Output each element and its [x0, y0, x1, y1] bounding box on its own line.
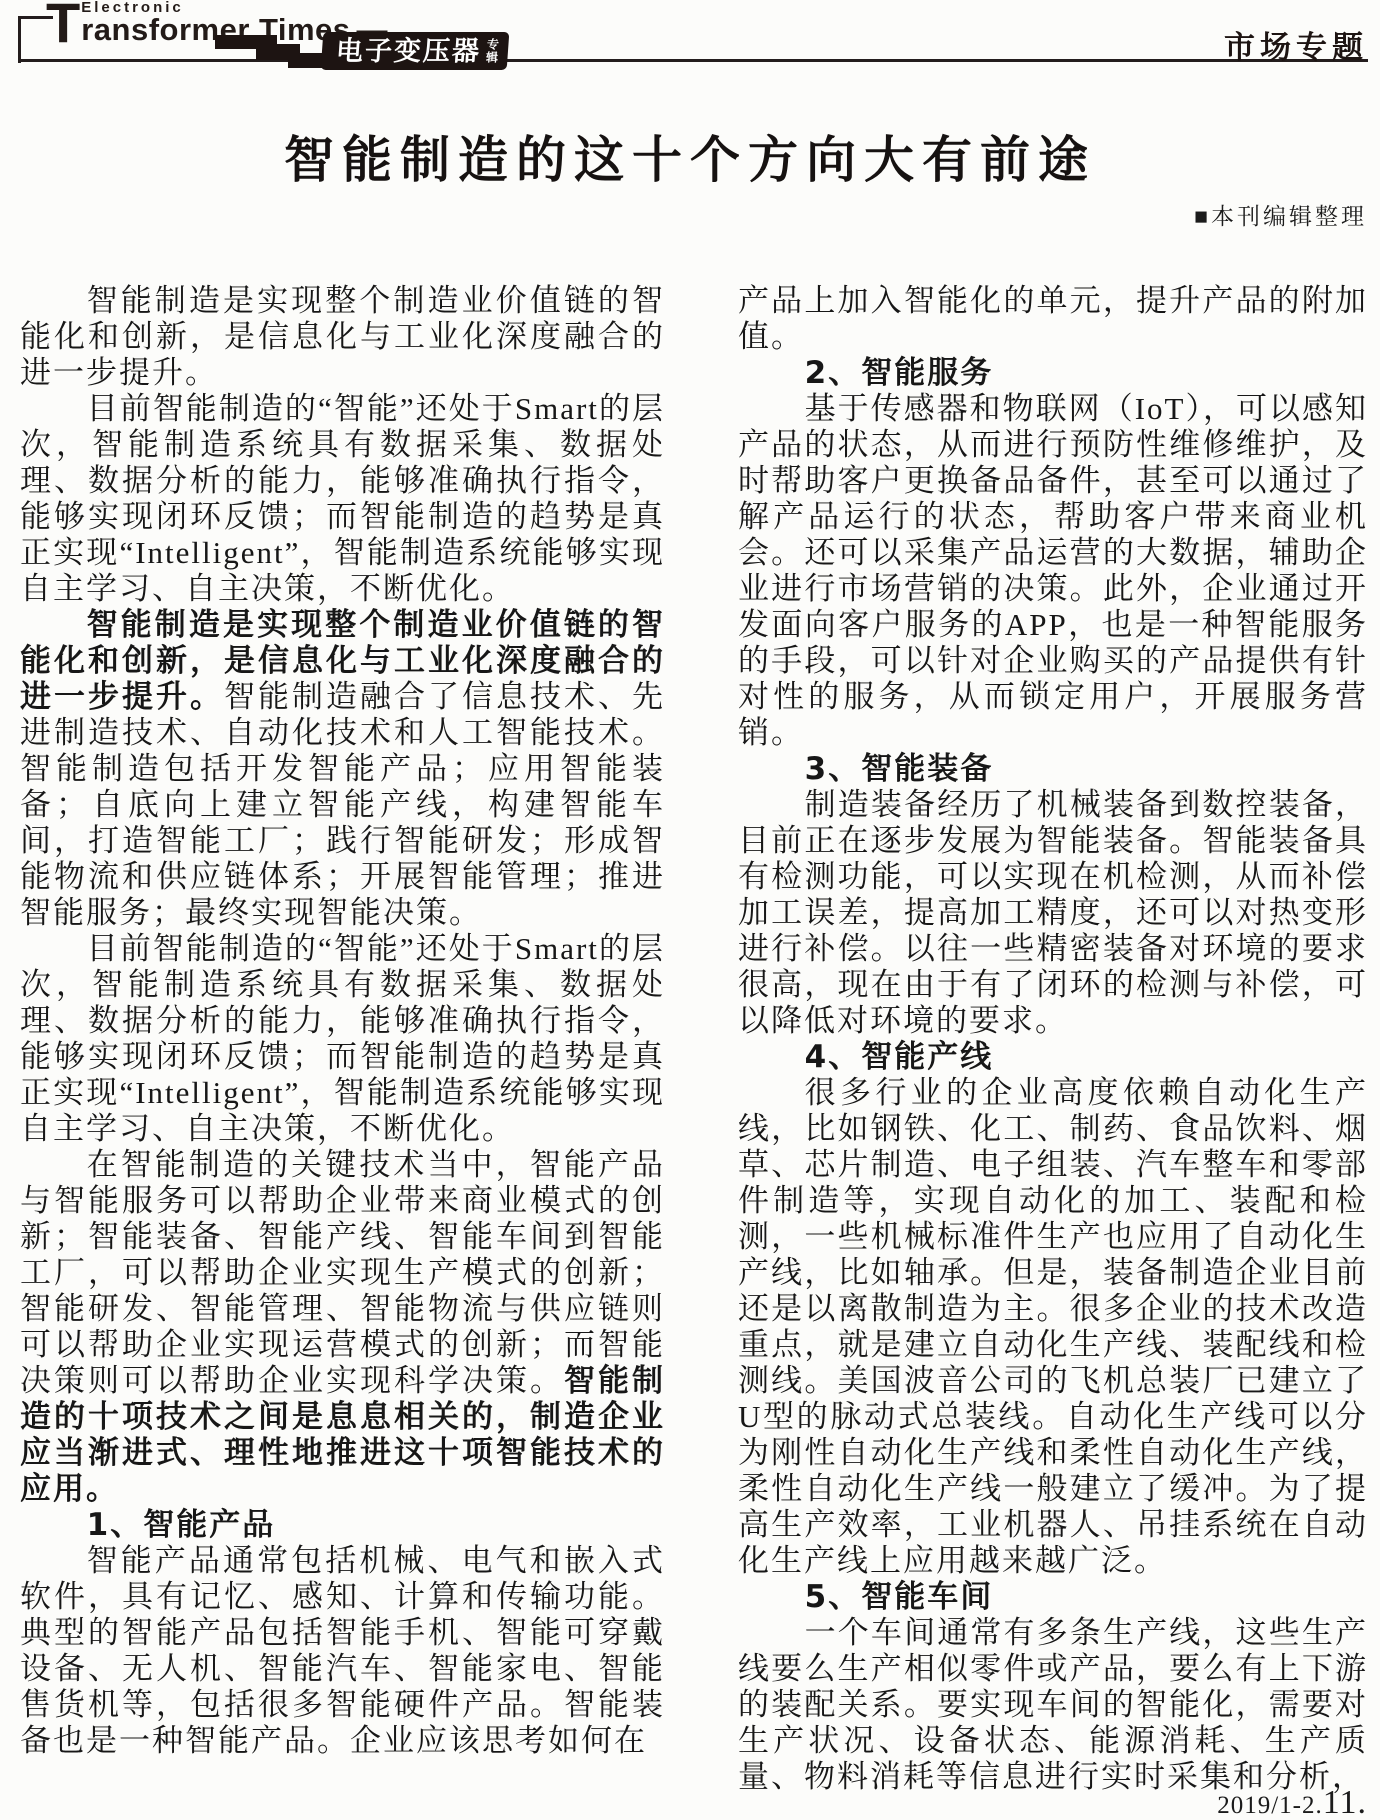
text-run: 在智能制造的关键技术当中，智能产品与智能服务可以帮助企业带来商业模式的创新；智能… — [20, 1147, 665, 1398]
text-run: 3、智能装备 — [805, 751, 994, 787]
text-run: 目前智能制造的“智能”还处于Smart的层次，智能制造系统具有数据采集、数据处理… — [20, 391, 665, 606]
logo-initial: T — [46, 0, 80, 46]
body-paragraph: 目前智能制造的“智能”还处于Smart的层次，智能制造系统具有数据采集、数据处理… — [20, 931, 665, 1147]
header-rule — [18, 59, 1368, 62]
body-paragraph: 智能制造是实现整个制造业价值链的智能化和创新，是信息化与工业化深度融合的进一步提… — [20, 607, 665, 931]
article-byline: ■本刊编辑整理 — [1194, 198, 1367, 231]
series-badge-sub: 专辑 — [485, 38, 499, 64]
body-paragraph: 制造装备经历了机械装备到数控装备，目前正在逐步发展为智能装备。智能装备具有检测功… — [738, 787, 1368, 1039]
article-body: 智能制造是实现整个制造业价值链的智能化和创新，是信息化与工业化深度融合的进一步提… — [20, 283, 1368, 1795]
body-paragraph: 一个车间通常有多条生产线，这些生产线要么生产相似零件或产品，要么有上下游的装配关… — [738, 1615, 1368, 1795]
section-label: 市场专题 — [1224, 22, 1368, 67]
footer-issue: 2019/1-2. — [1217, 1792, 1323, 1820]
text-run: 1、智能产品 — [87, 1507, 276, 1543]
body-paragraph: 产品上加入智能化的单元，提升产品的附加值。 — [738, 283, 1368, 355]
text-run: 产品上加入智能化的单元，提升产品的附加值。 — [738, 283, 1368, 354]
text-run: 5、智能车间 — [805, 1579, 994, 1615]
section-heading: 1、智能产品 — [20, 1507, 665, 1543]
text-run: 智能制造融合了信息技术、先进制造技术、自动化技术和人工智能技术。智能制造包括开发… — [20, 679, 665, 930]
body-paragraph: 智能产品通常包括机械、电气和嵌入式软件，具有记忆、感知、计算和传输功能。典型的智… — [20, 1543, 665, 1759]
section-heading: 3、智能装备 — [738, 751, 1368, 787]
section-heading: 4、智能产线 — [738, 1039, 1368, 1075]
text-run: 2、智能服务 — [805, 355, 994, 391]
text-run: 目前智能制造的“智能”还处于Smart的层次，智能制造系统具有数据采集、数据处理… — [20, 931, 665, 1146]
text-run: 一个车间通常有多条生产线，这些生产线要么生产相似零件或产品，要么有上下游的装配关… — [738, 1615, 1368, 1794]
section-heading: 5、智能车间 — [738, 1579, 1368, 1615]
series-badge: 电子变压器 专辑 — [321, 32, 510, 70]
series-badge-label: 电子变压器 — [335, 38, 482, 65]
text-run: 智能制造是实现整个制造业价值链的智能化和创新，是信息化与工业化深度融合的进一步提… — [20, 283, 665, 390]
magazine-page: T Electronic ransformer Times — 电子变压器 专辑… — [0, 0, 1380, 1820]
page-footer: 2019/1-2. 11. — [1217, 1784, 1367, 1820]
body-paragraph: 很多行业的企业高度依赖自动化生产线，比如钢铁、化工、制药、食品饮料、烟草、芯片制… — [738, 1075, 1368, 1579]
body-paragraph: 基于传感器和物联网（IoT），可以感知产品的状态，从而进行预防性维修维护，及时帮… — [738, 391, 1368, 751]
column-right: 产品上加入智能化的单元，提升产品的附加值。2、智能服务基于传感器和物联网（IoT… — [738, 283, 1368, 1795]
article-title: 智能制造的这十个方向大有前途 — [0, 120, 1380, 192]
body-paragraph: 目前智能制造的“智能”还处于Smart的层次，智能制造系统具有数据采集、数据处理… — [20, 391, 665, 607]
footer-page-number: 11. — [1323, 1784, 1367, 1820]
text-run: 4、智能产线 — [805, 1039, 994, 1075]
text-run: 基于传感器和物联网（IoT），可以感知产品的状态，从而进行预防性维修维护，及时帮… — [738, 391, 1368, 750]
body-paragraph: 智能制造是实现整个制造业价值链的智能化和创新，是信息化与工业化深度融合的进一步提… — [20, 283, 665, 391]
column-left: 智能制造是实现整个制造业价值链的智能化和创新，是信息化与工业化深度融合的进一步提… — [20, 283, 665, 1795]
text-run: 智能产品通常包括机械、电气和嵌入式软件，具有记忆、感知、计算和传输功能。典型的智… — [20, 1543, 665, 1758]
text-run: 很多行业的企业高度依赖自动化生产线，比如钢铁、化工、制药、食品饮料、烟草、芯片制… — [738, 1075, 1368, 1578]
text-run: 制造装备经历了机械装备到数控装备，目前正在逐步发展为智能装备。智能装备具有检测功… — [738, 787, 1368, 1038]
section-heading: 2、智能服务 — [738, 355, 1368, 391]
body-paragraph: 在智能制造的关键技术当中，智能产品与智能服务可以帮助企业带来商业模式的创新；智能… — [20, 1147, 665, 1507]
